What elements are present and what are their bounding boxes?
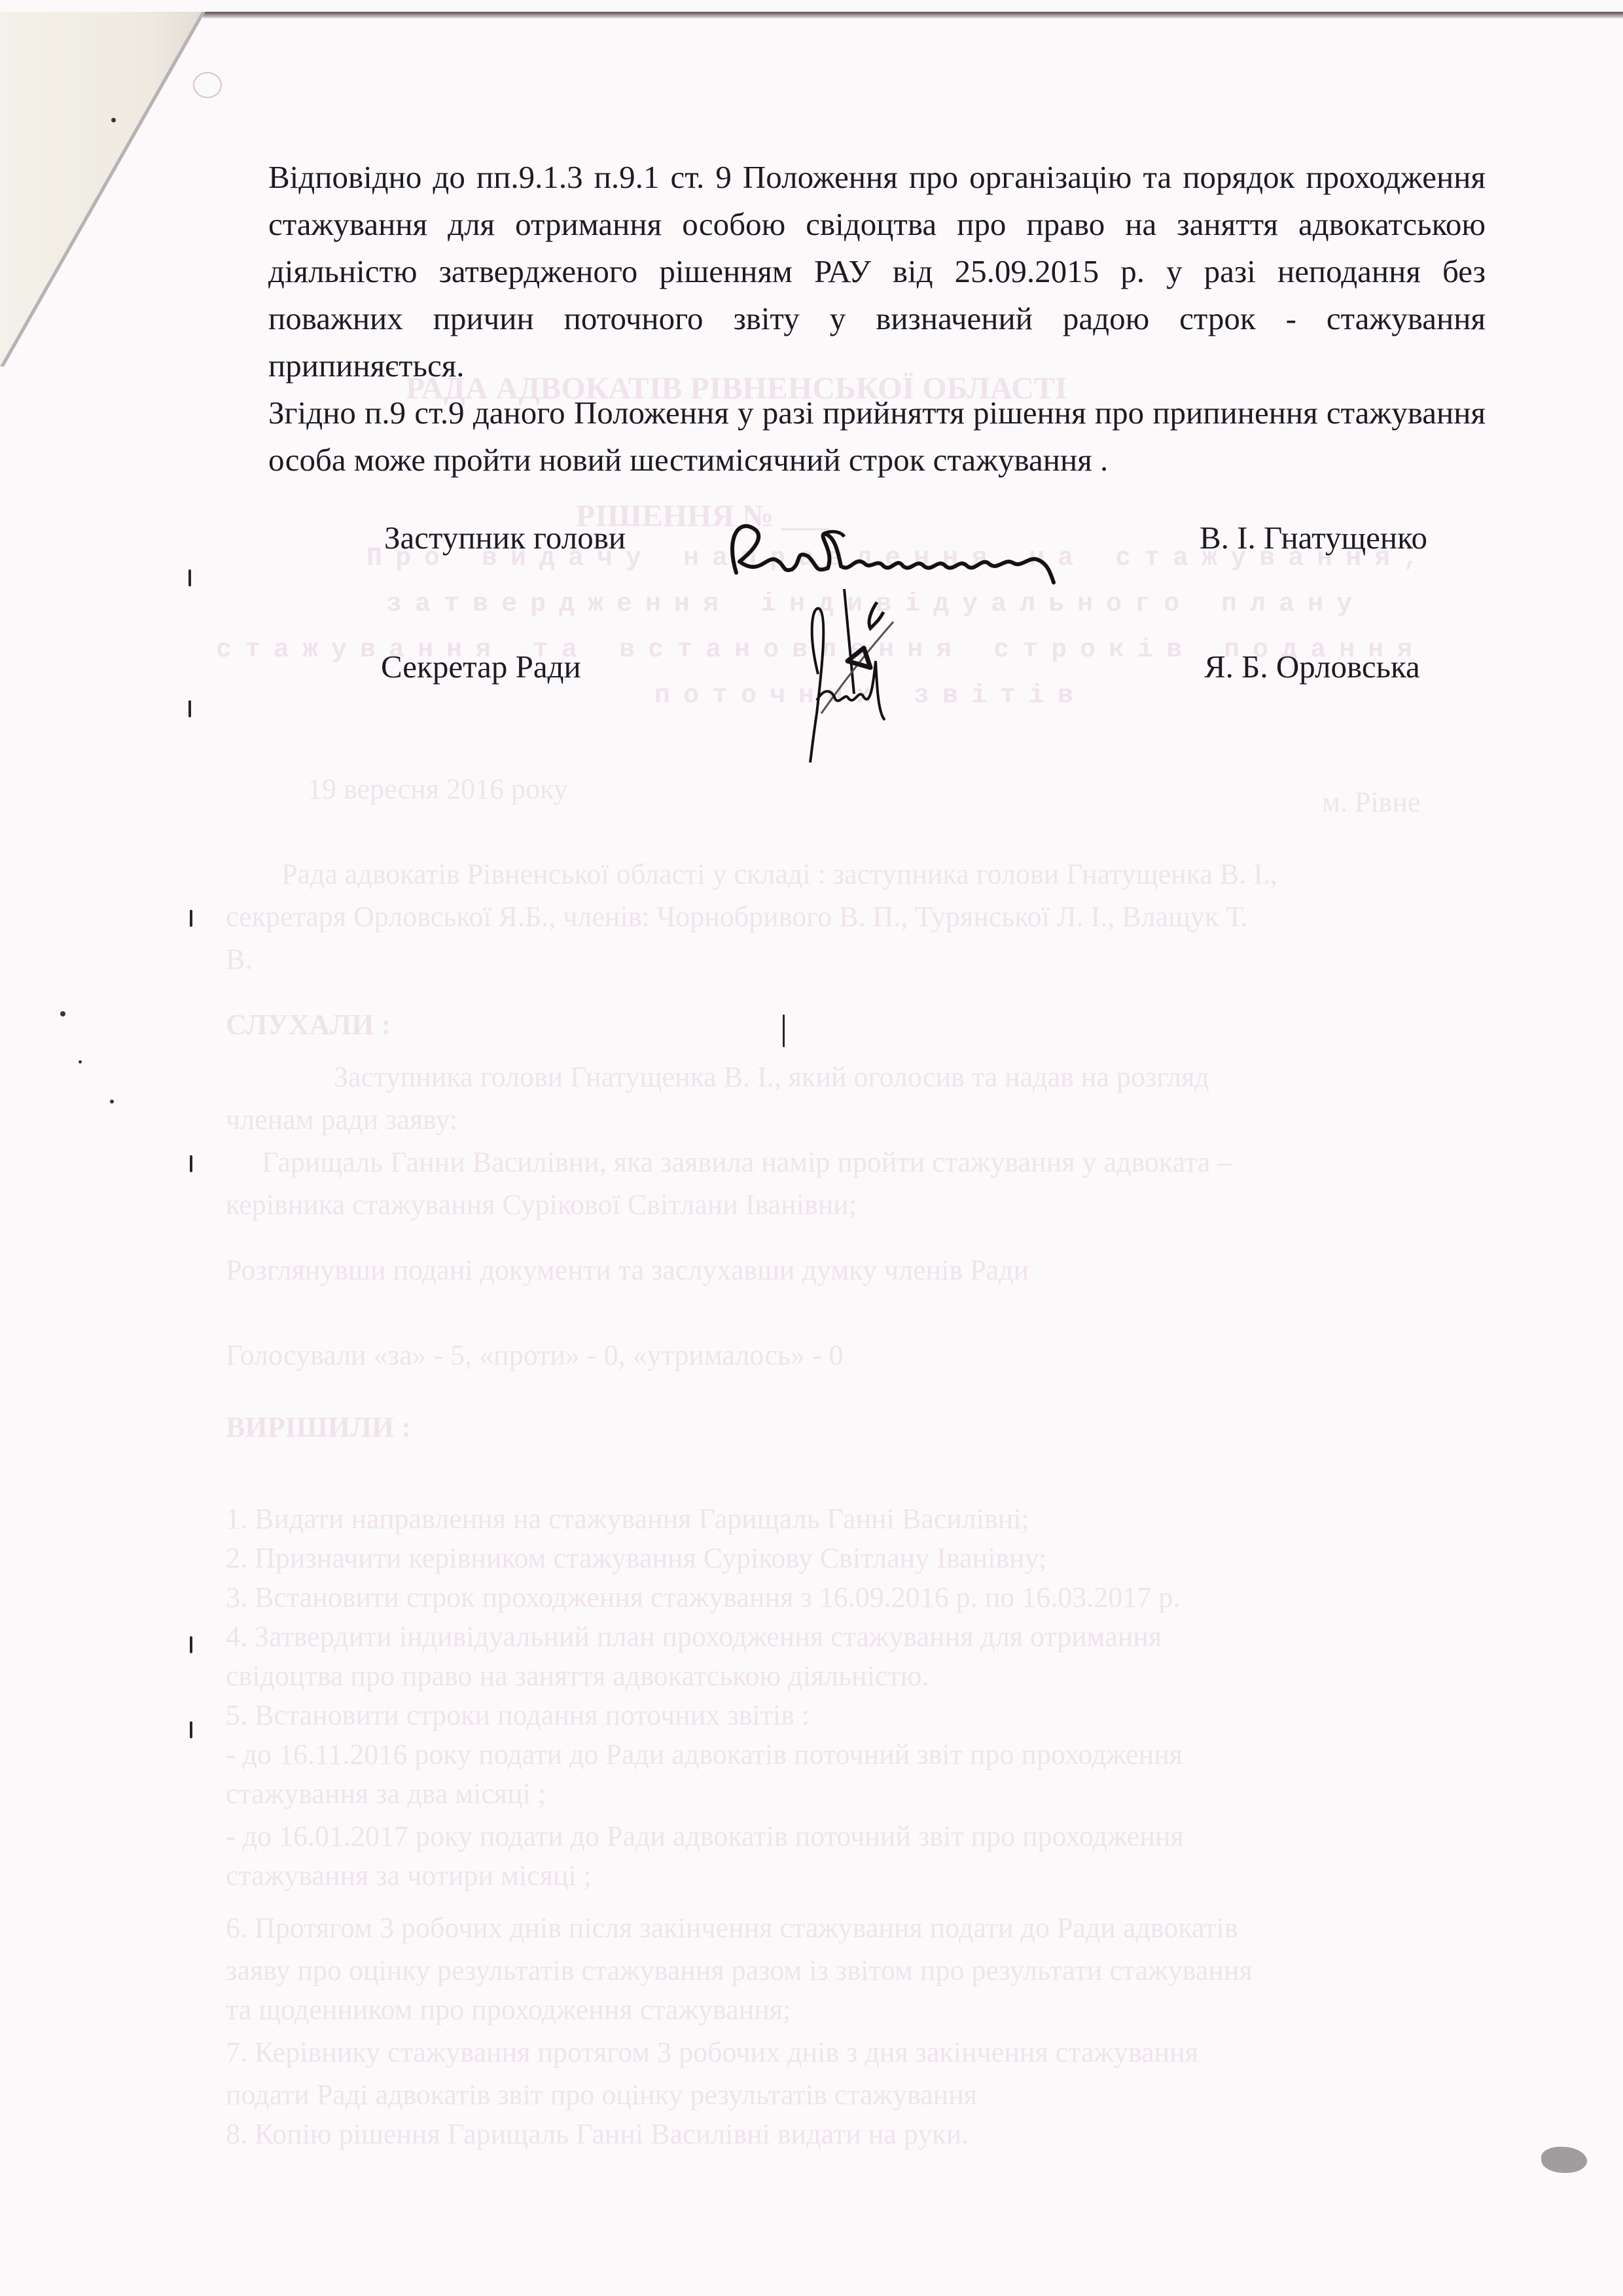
margin-mark [188, 569, 191, 586]
ghost-decision: подати Раді адвокатів звіт про оцінку ре… [226, 2078, 977, 2113]
ghost-city: м. Рівне [1322, 785, 1420, 820]
ghost-decision: 6. Протягом 3 робочих днів після закінче… [226, 1911, 1238, 1946]
ghost-heard: Заступника голови Гнатущенка В. І., який… [334, 1060, 1209, 1095]
ghost-decision: стажування за два місяці ; [226, 1777, 546, 1812]
ghost-considered: Розглянувши подані документи та заслухав… [226, 1253, 1029, 1288]
ghost-heard: керівника стажування Сурікової Світлани … [226, 1188, 857, 1223]
ghost-decision: 2. Призначити керівником стажування Сурі… [226, 1541, 1046, 1576]
ghost-intro: В. [226, 942, 252, 977]
scan-speck [110, 1100, 114, 1103]
ghost-decided-label: ВИРІШИЛИ : [226, 1410, 411, 1445]
document-body: Відповідно до пп.9.1.3 п.9.1 ст. 9 Полож… [268, 154, 1486, 484]
ghost-intro: секретаря Орловської Я.Б., членів: Чорно… [226, 900, 1248, 935]
signatory-role-secretary: Секретар Ради [381, 648, 581, 685]
ghost-decision: 3. Встановити строк проходження стажуван… [226, 1581, 1180, 1615]
ghost-heard: Гарищаль Ганни Василівни, яка заявила на… [262, 1145, 1232, 1180]
ghost-decision: 4. Затвердити індивідуальний план проход… [226, 1620, 1162, 1655]
ghost-decision: та щоденником про проходження стажування… [226, 1993, 791, 2028]
scan-speck [111, 118, 116, 122]
ghost-decision: 7. Керівнику стажування протягом 3 робоч… [226, 2036, 1198, 2070]
margin-mark [190, 1721, 192, 1738]
margin-mark [188, 700, 191, 717]
scan-top-edge [203, 12, 1623, 18]
scan-speck [60, 1011, 65, 1016]
signatory-name-deputy-head: В. І. Гнатущенко [1200, 519, 1427, 556]
margin-mark [190, 1155, 192, 1172]
ink-smudge [1541, 2147, 1587, 2173]
ghost-decision: 5. Встановити строки подання поточних зв… [226, 1698, 810, 1733]
ghost-decision: заяву про оцінку результатів стажування … [226, 1954, 1253, 1988]
paragraph-stage-termination: Відповідно до пп.9.1.3 п.9.1 ст. 9 Полож… [268, 154, 1486, 389]
signatory-name-secretary: Я. Б. Орловська [1204, 648, 1420, 685]
margin-mark [783, 1014, 785, 1047]
scan-speck [79, 1060, 82, 1064]
margin-mark [190, 910, 192, 927]
ghost-decision: 8. Копію рішення Гарищаль Ганні Василівн… [226, 2117, 969, 2152]
ghost-date: 19 вересня 2016 року [308, 772, 568, 807]
ghost-heard-label: СЛУХАЛИ : [226, 1008, 391, 1043]
margin-mark [190, 1636, 192, 1653]
ghost-decision: стажування за чотири місяці ; [226, 1859, 592, 1893]
ghost-decision: свідоцтва про право на заняття адвокатсь… [226, 1659, 929, 1694]
pencil-mark-icon [193, 72, 222, 98]
signature-secretary-icon [772, 583, 955, 766]
ghost-decision: - до 16.01.2017 року подати до Ради адво… [226, 1820, 1184, 1854]
ghost-decision: - до 16.11.2016 року подати до Ради адво… [226, 1738, 1183, 1772]
ghost-voted: Голосували «за» - 5, «проти» - 0, «утрим… [226, 1338, 844, 1373]
signatory-role-deputy-head: Заступник голови [384, 519, 626, 556]
ghost-heard: членам ради заяву: [226, 1103, 457, 1138]
ghost-intro: Рада адвокатів Рівненської області у скл… [281, 857, 1277, 892]
paragraph-new-internship: Згідно п.9 ст.9 даного Положення у разі … [268, 389, 1486, 484]
ghost-decision: 1. Видати направлення на стажування Гари… [226, 1502, 1029, 1537]
